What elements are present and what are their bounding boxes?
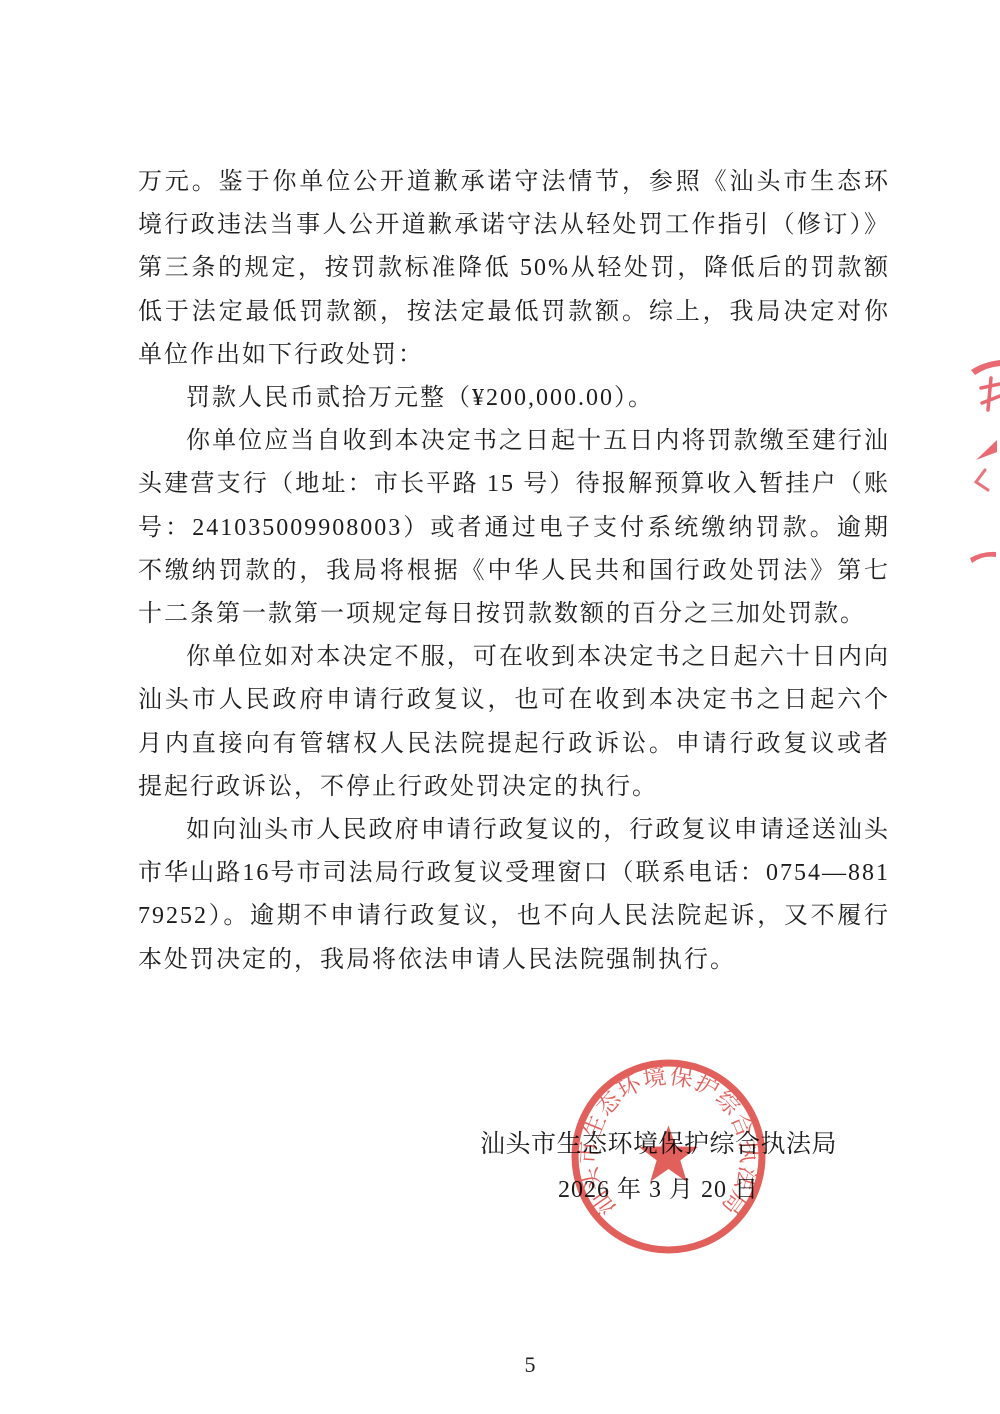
paragraph: 你单位如对本决定不服，可在收到本决定书之日起六十日内向汕头市人民政府申请行政复议… [138,636,890,809]
ink-fragment-stroke [976,440,997,460]
official-seal: 汕头市生态环境保护综合执法局 [568,1056,769,1257]
paragraph: 如向汕头市人民政府申请行政复议的，行政复议申请迳送汕头市华山路16号市司法局行政… [138,809,890,982]
seal-star-icon [639,1125,698,1181]
page-number: 5 [0,1352,1000,1378]
ink-fragment-stroke [971,360,1000,375]
paragraph: 万元。鉴于你单位公开道歉承诺守法情节，参照《汕头市生态环境行政违法当事人公开道歉… [138,161,890,377]
paragraph: 你单位应当自收到本决定书之日起十五日内将罚款缴至建行汕头建营支行（地址：市长平路… [138,420,890,636]
document-page: 万元。鉴于你单位公开道歉承诺守法情节，参照《汕头市生态环境行政违法当事人公开道歉… [0,0,1000,1414]
ink-fragment-character [981,378,1000,410]
ink-fragment-stroke [976,470,988,490]
edge-ink-marks [955,352,1000,567]
ink-fragment-stroke [970,552,996,563]
paragraph: 罚款人民币贰拾万元整（¥200,000.00）。 [138,377,890,420]
body-text: 万元。鉴于你单位公开道歉承诺守法情节，参照《汕头市生态环境行政违法当事人公开道歉… [138,161,890,982]
